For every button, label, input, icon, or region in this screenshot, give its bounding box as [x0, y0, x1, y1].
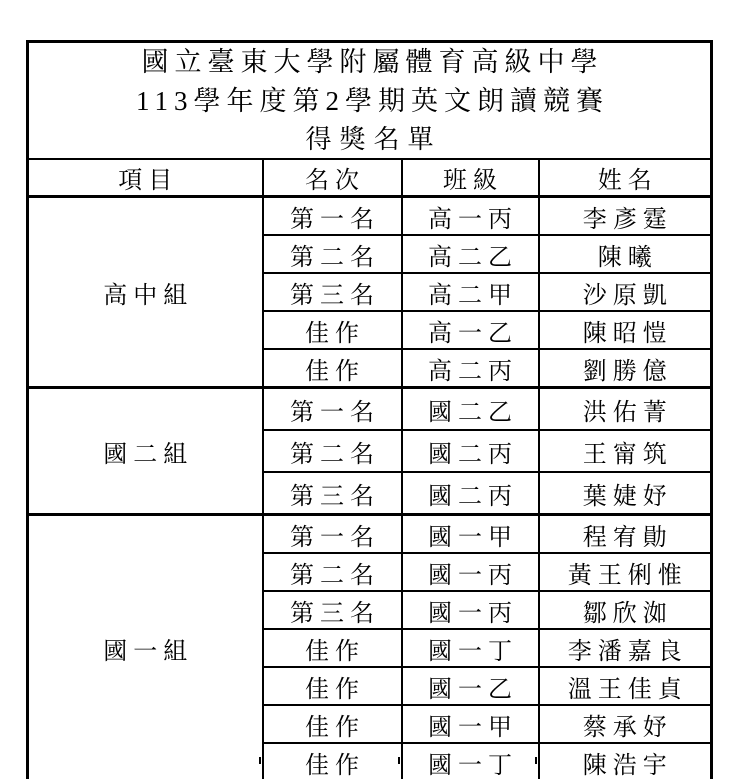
list-title: 得獎名單: [29, 121, 710, 158]
group-label-junior1: 國一組: [28, 515, 263, 779]
table-row: 國一組 第一名 國一甲 程宥勛: [28, 515, 712, 554]
name-cell: 王甯筑: [539, 430, 712, 472]
rank-cell: 第二名: [263, 235, 402, 273]
class-cell: 高二丙: [402, 349, 539, 388]
table-row: 國二組 第一名 國二乙 洪佑菁: [28, 388, 712, 431]
rank-cell: 第二名: [263, 553, 402, 591]
name-cell: 蔡承妤: [539, 705, 712, 743]
rank-cell: 第三名: [263, 273, 402, 311]
header-name: 姓名: [539, 159, 712, 197]
header-rank: 名次: [263, 159, 402, 197]
rank-cell: 佳作: [263, 349, 402, 388]
name-cell: 沙原凱: [539, 273, 712, 311]
table-header-row: 項目 名次 班級 姓名: [28, 159, 712, 197]
name-cell: 程宥勛: [539, 515, 712, 554]
class-cell: 國一甲: [402, 705, 539, 743]
group-label-senior: 高中組: [28, 197, 263, 388]
document-page: 國立臺東大學附屬體育高級中學 113學年度第2學期英文朗讀競賽 得獎名單 項目 …: [0, 0, 737, 779]
name-cell: 洪佑菁: [539, 388, 712, 431]
class-cell: 高二甲: [402, 273, 539, 311]
cropped-border-stub: [535, 757, 537, 764]
rank-cell: 佳作: [263, 311, 402, 349]
name-cell: 葉婕妤: [539, 472, 712, 515]
rank-cell: 佳作: [263, 629, 402, 667]
table-row: 高中組 第一名 高一丙 李彥霆: [28, 197, 712, 236]
class-cell: 高一乙: [402, 311, 539, 349]
name-cell: 陳浩宇: [539, 743, 712, 779]
award-table: 國立臺東大學附屬體育高級中學 113學年度第2學期英文朗讀競賽 得獎名單 項目 …: [26, 40, 713, 779]
cropped-border-stub: [398, 757, 400, 764]
rank-cell: 佳作: [263, 667, 402, 705]
class-cell: 國一乙: [402, 667, 539, 705]
rank-cell: 第一名: [263, 388, 402, 431]
class-cell: 高二乙: [402, 235, 539, 273]
class-cell: 國一甲: [402, 515, 539, 554]
class-cell: 高一丙: [402, 197, 539, 236]
cropped-border-stub: [259, 757, 261, 764]
group-label-junior2: 國二組: [28, 388, 263, 515]
rank-cell: 第一名: [263, 197, 402, 236]
class-cell: 國二丙: [402, 430, 539, 472]
class-cell: 國二丙: [402, 472, 539, 515]
rank-cell: 第三名: [263, 472, 402, 515]
class-cell: 國一丁: [402, 629, 539, 667]
event-title: 113學年度第2學期英文朗讀競賽: [29, 82, 710, 121]
class-cell: 國一丙: [402, 553, 539, 591]
name-cell: 鄒欣洳: [539, 591, 712, 629]
class-cell: 國二乙: [402, 388, 539, 431]
class-cell: 國一丁: [402, 743, 539, 779]
title-row: 國立臺東大學附屬體育高級中學 113學年度第2學期英文朗讀競賽 得獎名單: [28, 42, 712, 160]
rank-cell: 佳作: [263, 743, 402, 779]
rank-cell: 第一名: [263, 515, 402, 554]
title-cell: 國立臺東大學附屬體育高級中學 113學年度第2學期英文朗讀競賽 得獎名單: [28, 42, 712, 160]
name-cell: 陳曦: [539, 235, 712, 273]
header-class: 班級: [402, 159, 539, 197]
name-cell: 劉勝億: [539, 349, 712, 388]
rank-cell: 第二名: [263, 430, 402, 472]
header-category: 項目: [28, 159, 263, 197]
name-cell: 李潘嘉良: [539, 629, 712, 667]
name-cell: 李彥霆: [539, 197, 712, 236]
rank-cell: 第三名: [263, 591, 402, 629]
name-cell: 溫王佳貞: [539, 667, 712, 705]
class-cell: 國一丙: [402, 591, 539, 629]
school-name: 國立臺東大學附屬體育高級中學: [29, 43, 710, 82]
name-cell: 黃王俐惟: [539, 553, 712, 591]
rank-cell: 佳作: [263, 705, 402, 743]
name-cell: 陳昭愷: [539, 311, 712, 349]
